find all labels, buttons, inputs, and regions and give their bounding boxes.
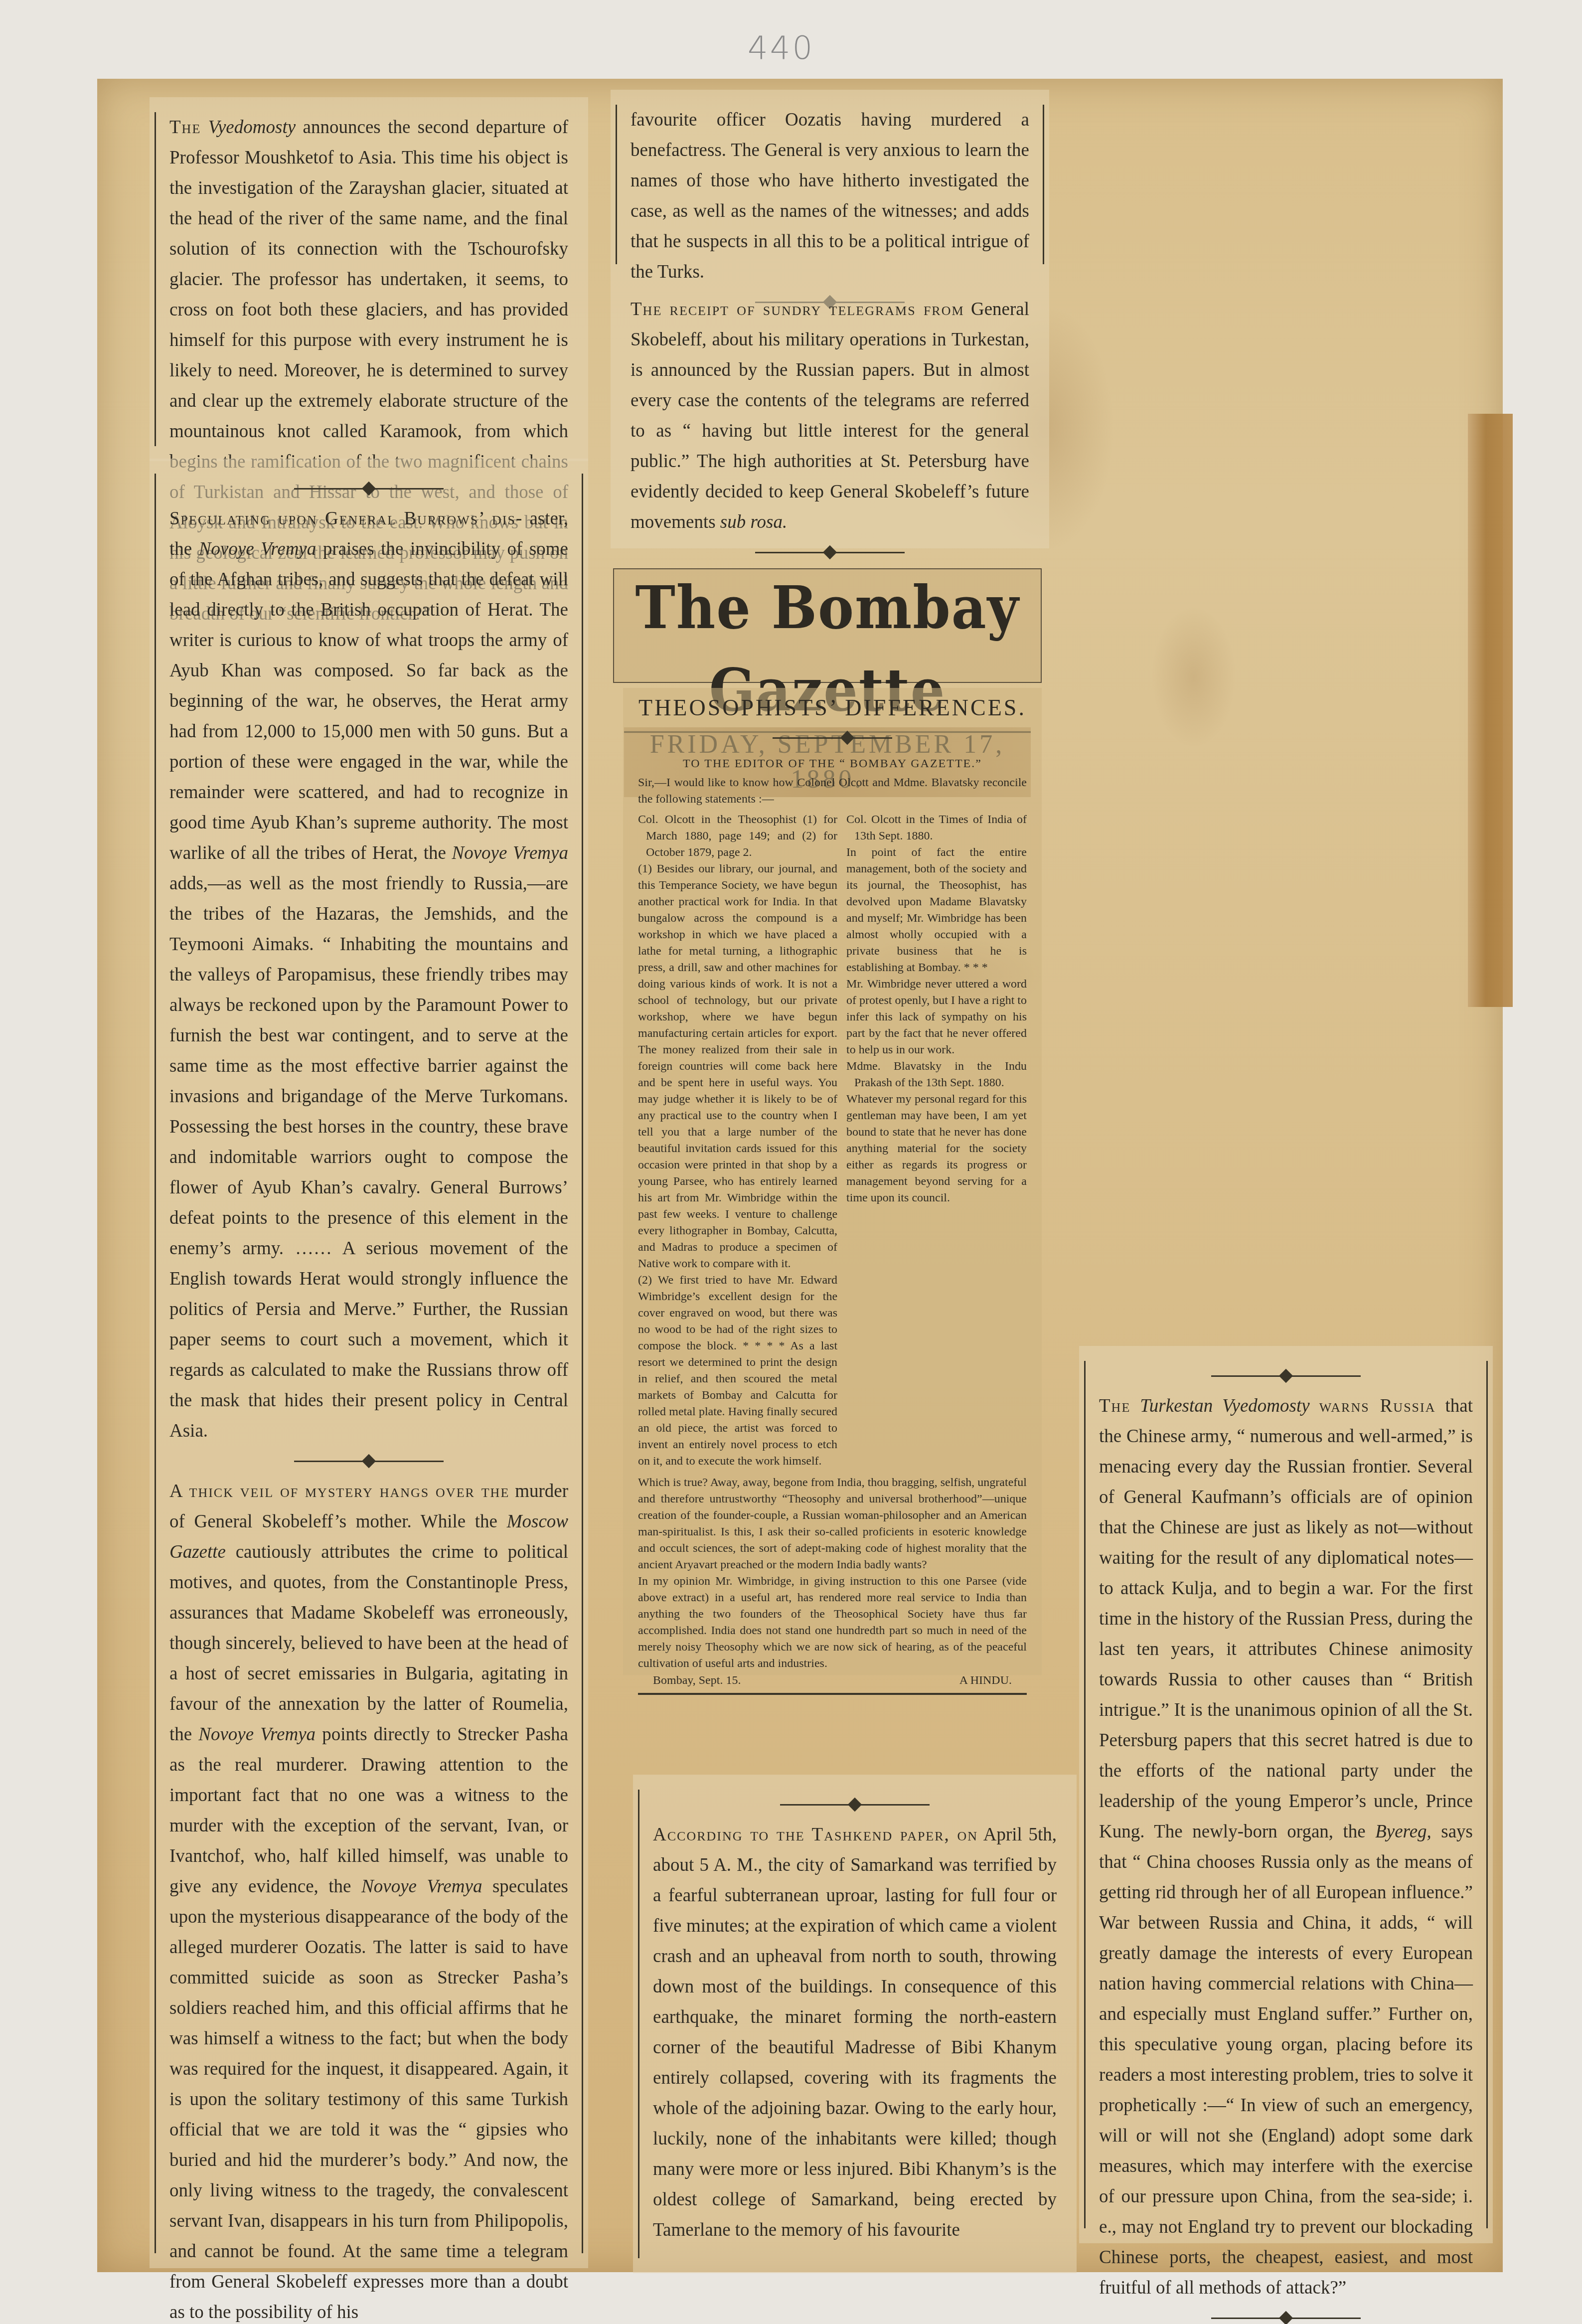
lead-in: The <box>1099 1396 1130 1416</box>
publication-name: Turkestan Vyedomosty <box>1140 1396 1309 1416</box>
publication-name: Novoye Vremya <box>198 1724 316 1745</box>
bottom-rule <box>638 1693 1027 1695</box>
body-text: points directly to Strecker Pasha as the… <box>169 1724 568 1897</box>
clipping-skobeleff-continued: favourite officer Oozatis having murdere… <box>611 90 1049 279</box>
body-text: adds,—as well as the most friendly to Ru… <box>169 873 568 1441</box>
ornamental-divider <box>1211 1366 1361 1386</box>
letter-intro: Sir,—I would like to know how Colonel Ol… <box>638 775 1027 808</box>
clipping-samarkand-earthquake: According to the Tashkend paper, on Apri… <box>633 1775 1077 2273</box>
article-burrows: Speculating upon General Burrows’ dis- a… <box>169 503 568 1446</box>
body-text: says that “ China chooses Russia only as… <box>1099 1822 1473 2298</box>
to-editor-line: TO THE EDITOR OF THE “ BOMBAY GAZETTE.” <box>638 753 1027 775</box>
signature-row: Bombay, Sept. 15. A HINDU. <box>638 1672 1027 1689</box>
tape-strip <box>1468 414 1513 1007</box>
clipping-burrows-and-skobeleff: Speculating upon General Burrows’ dis- a… <box>150 459 588 2268</box>
column-rule <box>1043 105 1044 264</box>
headline: THEOSOPHISTS’ DIFFERENCES. <box>638 693 1027 723</box>
column-rule <box>638 1790 639 2258</box>
lead-in: According to the Tashkend paper, on <box>653 1825 978 1845</box>
body-text: April 5th, about 5 A. M., the city of Sa… <box>653 1825 1057 2240</box>
ornamental-divider <box>773 728 892 748</box>
column-heading: Col. Olcott in the Theosophist (1) for M… <box>638 812 837 861</box>
article-chinese-army: The Turkestan Vyedomosty warns Russia th… <box>1099 1391 1473 2303</box>
column-rule <box>1486 1361 1488 2228</box>
body-text: praises the invincibility of some of the… <box>169 539 568 863</box>
body-text: cautiously attributes the crime to polit… <box>169 1542 568 1745</box>
body-text: that the Chinese army, “ numerous and we… <box>1099 1396 1473 1842</box>
place-date: Bombay, Sept. 15. <box>653 1672 741 1689</box>
publication-name: Byereg, <box>1375 1822 1431 1842</box>
body-text: speculates upon the mysterious disappear… <box>169 1876 568 2323</box>
clipping-telegrams: The receipt of sundry telegrams from Gen… <box>611 279 1049 548</box>
column-body: (1) Besides our library, our journal, an… <box>638 861 837 1272</box>
article-telegrams: The receipt of sundry telegrams from Gen… <box>631 294 1029 537</box>
article-skobeleff-mother: A thick veil of mystery hangs over the m… <box>169 1476 568 2324</box>
signature: A HINDU. <box>959 1672 1012 1689</box>
article-samarkand: According to the Tashkend paper, on Apri… <box>653 1820 1057 2245</box>
clipping-chinese-army: The Turkestan Vyedomosty warns Russia th… <box>1079 1346 1493 2243</box>
ornamental-divider <box>780 1795 930 1815</box>
left-column: Col. Olcott in the Theosophist (1) for M… <box>638 812 837 1470</box>
clipping-theosophists-differences: THEOSOPHISTS’ DIFFERENCES. TO THE EDITOR… <box>623 688 1042 1675</box>
body-text: favourite officer Oozatis having murdere… <box>631 105 1029 287</box>
column-body: Whatever my personal regard for this gen… <box>846 1091 1027 1206</box>
bombay-gazette-masthead-clipping: The Bombay Gazette FRIDAY, SEPTEMBER 17,… <box>613 568 1042 683</box>
column-body: In point of fact the entire management, … <box>846 844 1027 976</box>
lead-in: warns Russia <box>1319 1396 1436 1416</box>
column-body: Mr. Wimbridge never uttered a word of pr… <box>846 976 1027 1058</box>
column-rule <box>1084 1361 1086 2228</box>
column-body: (2) We first tried to have Mr. Edward Wi… <box>638 1272 837 1470</box>
lead-in: Speculating upon General Burrows’ dis- <box>169 508 523 529</box>
column-rule <box>582 474 583 2253</box>
publication-name: Novoye Vremya <box>199 539 316 559</box>
comparison-columns: Col. Olcott in the Theosophist (1) for M… <box>638 812 1027 1470</box>
publication-name: Novoye Vremya <box>452 843 569 863</box>
italic-phrase: sub rosa. <box>720 512 787 532</box>
lead-in: The <box>169 117 201 138</box>
column-heading: Col. Olcott in the Times of India of 13t… <box>846 812 1027 844</box>
clipping-professor-moushketof: The Vyedomosty announces the second depa… <box>150 97 588 461</box>
column-rule <box>155 474 156 2253</box>
lead-in: A thick veil of mystery hangs over the <box>169 1481 509 1501</box>
column-heading: Mdme. Blavatsky in the Indu Prakash of t… <box>846 1058 1027 1091</box>
lead-in: The receipt of sundry telegrams from <box>631 299 964 320</box>
publication-name: Novoye Vremya <box>361 1876 482 1897</box>
ornamental-divider <box>294 479 444 498</box>
page-number: 440 <box>748 30 814 67</box>
letter-closing: In my opinion Mr. Wimbridge, in giving i… <box>638 1573 1027 1672</box>
publication-name: Vyedomosty <box>208 117 296 138</box>
ornamental-divider <box>1211 2308 1361 2324</box>
body-text: General Skobeleff, about his military op… <box>631 299 1029 532</box>
letter-closing: Which is true? Away, away, begone from I… <box>638 1475 1027 1573</box>
ornamental-divider <box>755 542 905 562</box>
column-rule <box>616 105 617 264</box>
ornamental-divider <box>294 1451 444 1471</box>
right-column: Col. Olcott in the Times of India of 13t… <box>846 812 1027 1470</box>
column-rule <box>155 112 156 446</box>
